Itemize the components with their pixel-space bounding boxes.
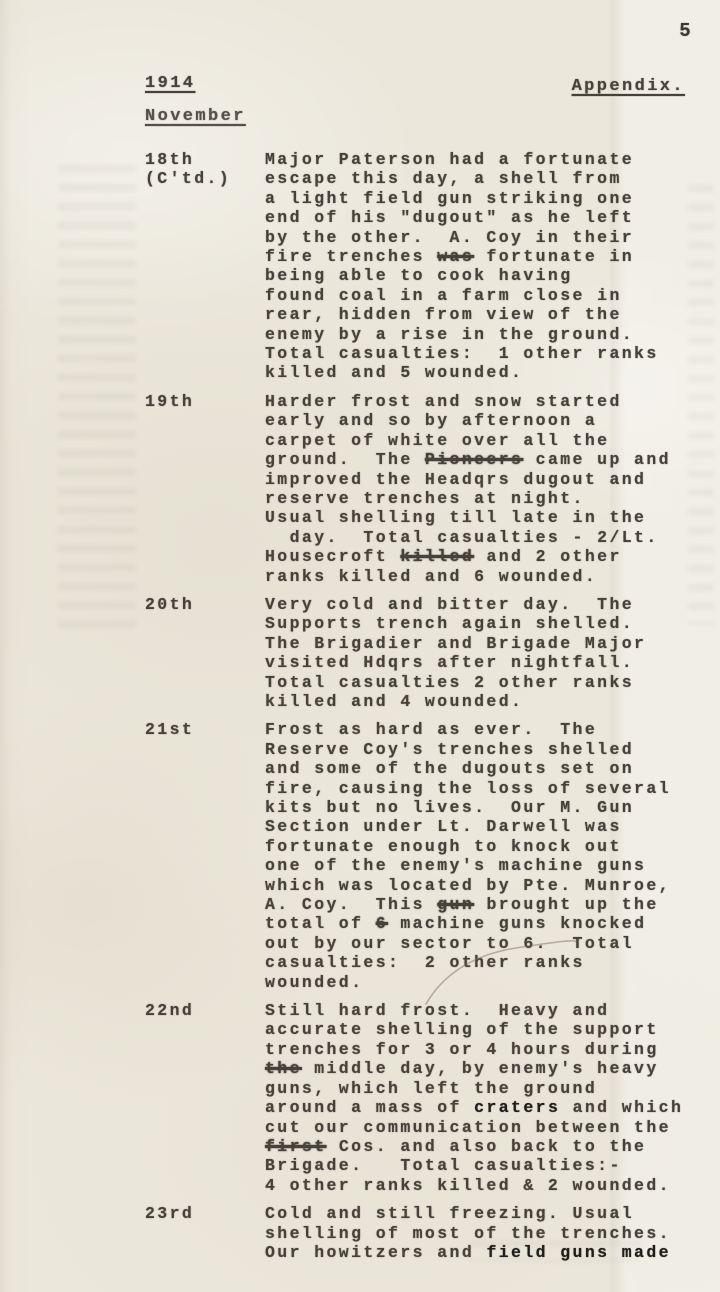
header-appendix: Appendix. xyxy=(572,77,685,96)
entry-text: Frost as hard as ever. TheReserve Coy's … xyxy=(265,720,704,992)
diary-entry: 19thHarder frost and snow startedearly a… xyxy=(145,392,704,586)
entry-text: Cold and still freezing. Usualshelling o… xyxy=(265,1204,704,1262)
entry-text: Harder frost and snow startedearly and s… xyxy=(265,392,704,586)
entry-date: 18th(C'td.) xyxy=(145,150,265,189)
diary-entry: 18th(C'td.)Major Paterson had a fortunat… xyxy=(145,150,704,383)
entry-text: Major Paterson had a fortunateescape thi… xyxy=(265,150,704,383)
diary-entries: 18th(C'td.)Major Paterson had a fortunat… xyxy=(145,150,704,1271)
entry-date: 23rd xyxy=(145,1204,265,1223)
entry-date: 20th xyxy=(145,595,265,614)
page-number: 5 xyxy=(679,20,693,42)
diary-entry: 22ndStill hard frost. Heavy andaccurate … xyxy=(145,1001,704,1195)
month-heading: November xyxy=(145,107,246,126)
bleed-through-smudge xyxy=(58,165,136,635)
entry-date: 21st xyxy=(145,720,265,739)
entry-text: Still hard frost. Heavy andaccurate shel… xyxy=(265,1001,704,1195)
diary-entry: 23rdCold and still freezing. Usualshelli… xyxy=(145,1204,704,1262)
entry-date: 19th xyxy=(145,392,265,411)
entry-text: Very cold and bitter day. TheSupports tr… xyxy=(265,595,704,711)
scanned-diary-page: 5 1914 Appendix. November 18th(C'td.)Maj… xyxy=(0,0,720,1292)
diary-entry: 20thVery cold and bitter day. TheSupport… xyxy=(145,595,704,711)
entry-date: 22nd xyxy=(145,1001,265,1020)
header-year: 1914 xyxy=(145,74,195,93)
diary-entry: 21stFrost as hard as ever. TheReserve Co… xyxy=(145,720,704,992)
